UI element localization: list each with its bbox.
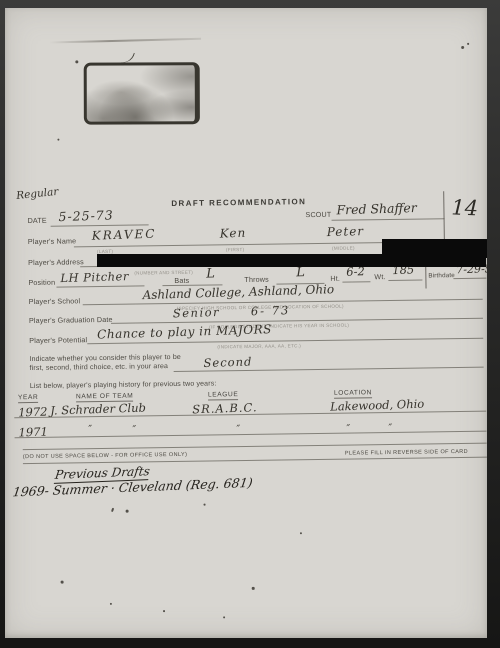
address-label: Player's Address [28,257,84,267]
scan-background: Regular DRAFT RECOMMENDATION DATE 5-25-7… [0,0,500,648]
history-col-location: LOCATION [334,389,372,399]
date-label: DATE [27,216,46,225]
position-label: Position [28,278,55,287]
position-value: LH Pitcher [60,269,129,285]
graduation-date: 6- 73 [251,303,291,318]
scout-value: Fred Shaffer [336,200,417,218]
throws-label: Throws [244,275,269,284]
choice-line2: first, second, third choice, etc. in you… [30,363,168,372]
card-content: Regular DRAFT RECOMMENDATION DATE 5-25-7… [5,8,487,638]
pen-mark [111,508,114,512]
speck [204,504,206,506]
height-rule [342,281,370,282]
choice-line1: Indicate whether you consider this playe… [29,354,181,363]
name-sublabel-middle: (MIDDLE) [332,245,355,250]
speck [75,60,78,63]
name-middle: Peter [327,224,365,239]
history-intro: List below, player's playing history for… [30,380,217,390]
name-sublabel-first: (FIRST) [226,247,245,252]
history-col-league: LEAGUE [208,391,238,400]
name-last: KRAVEC [92,227,157,243]
speck [223,616,225,618]
classification-note: Regular [16,186,59,202]
speck [57,139,59,141]
potential-hint: (INDICATE MAJOR, AAA, AA, ETC.) [217,343,301,349]
potential-label: Player's Potential [29,335,87,345]
speck [163,610,165,612]
history-rule [15,431,487,439]
bats-label: Bats [174,276,189,285]
speck [300,532,302,534]
ink-stamp-box [84,62,200,124]
speck [61,581,64,584]
form-title: DRAFT RECOMMENDATION [171,197,306,208]
card-number-divider [443,191,445,241]
address-hint: (NUMBER AND STREET) [134,270,193,276]
speck [252,587,255,590]
name-first: Ken [220,226,247,241]
position-rule [56,285,144,287]
ditto-mark: ″ [88,424,92,435]
office-use-note: (DO NOT USE SPACE BELOW - FOR OFFICE USE… [23,452,188,460]
draft-card: Regular DRAFT RECOMMENDATION DATE 5-25-7… [5,8,487,638]
graduation-year: Senior [173,305,221,320]
school-label: Player's School [29,296,81,306]
history-row-1972: 1972 J. Schrader Club SR.A.B.C. Lakewood… [5,8,483,11]
potential-value: Chance to play in MAJORS [97,322,272,341]
birthdate-label: Birthdate [428,272,455,279]
history-col-year: YEAR [18,394,38,403]
scout-rule [332,218,445,221]
choice-value: Second [203,354,252,370]
scout-label: SCOUT [305,210,331,219]
birthdate-rule [453,278,486,279]
date-value: 5-25-73 [58,207,114,224]
speck [467,43,469,45]
throws-value: L [296,265,305,280]
scan-streak [49,38,201,43]
ditto-mark: ″ [132,425,136,436]
reverse-side-note: PLEASE FILL IN REVERSE SIDE OF CARD [345,449,468,457]
speck [110,603,112,605]
history-row-1971: 1971 ″ ″ ″ ″ ″ [5,8,483,11]
weight-rule [388,280,422,281]
graduation-label: Player's Graduation Date [29,315,113,325]
redaction-bar-address [97,254,486,267]
weight-label: Wt. [374,272,385,281]
bats-value: L [206,266,215,281]
name-label: Player's Name [28,236,77,246]
card-number: 14 [451,195,479,220]
speck [461,46,464,49]
speck [126,510,129,513]
